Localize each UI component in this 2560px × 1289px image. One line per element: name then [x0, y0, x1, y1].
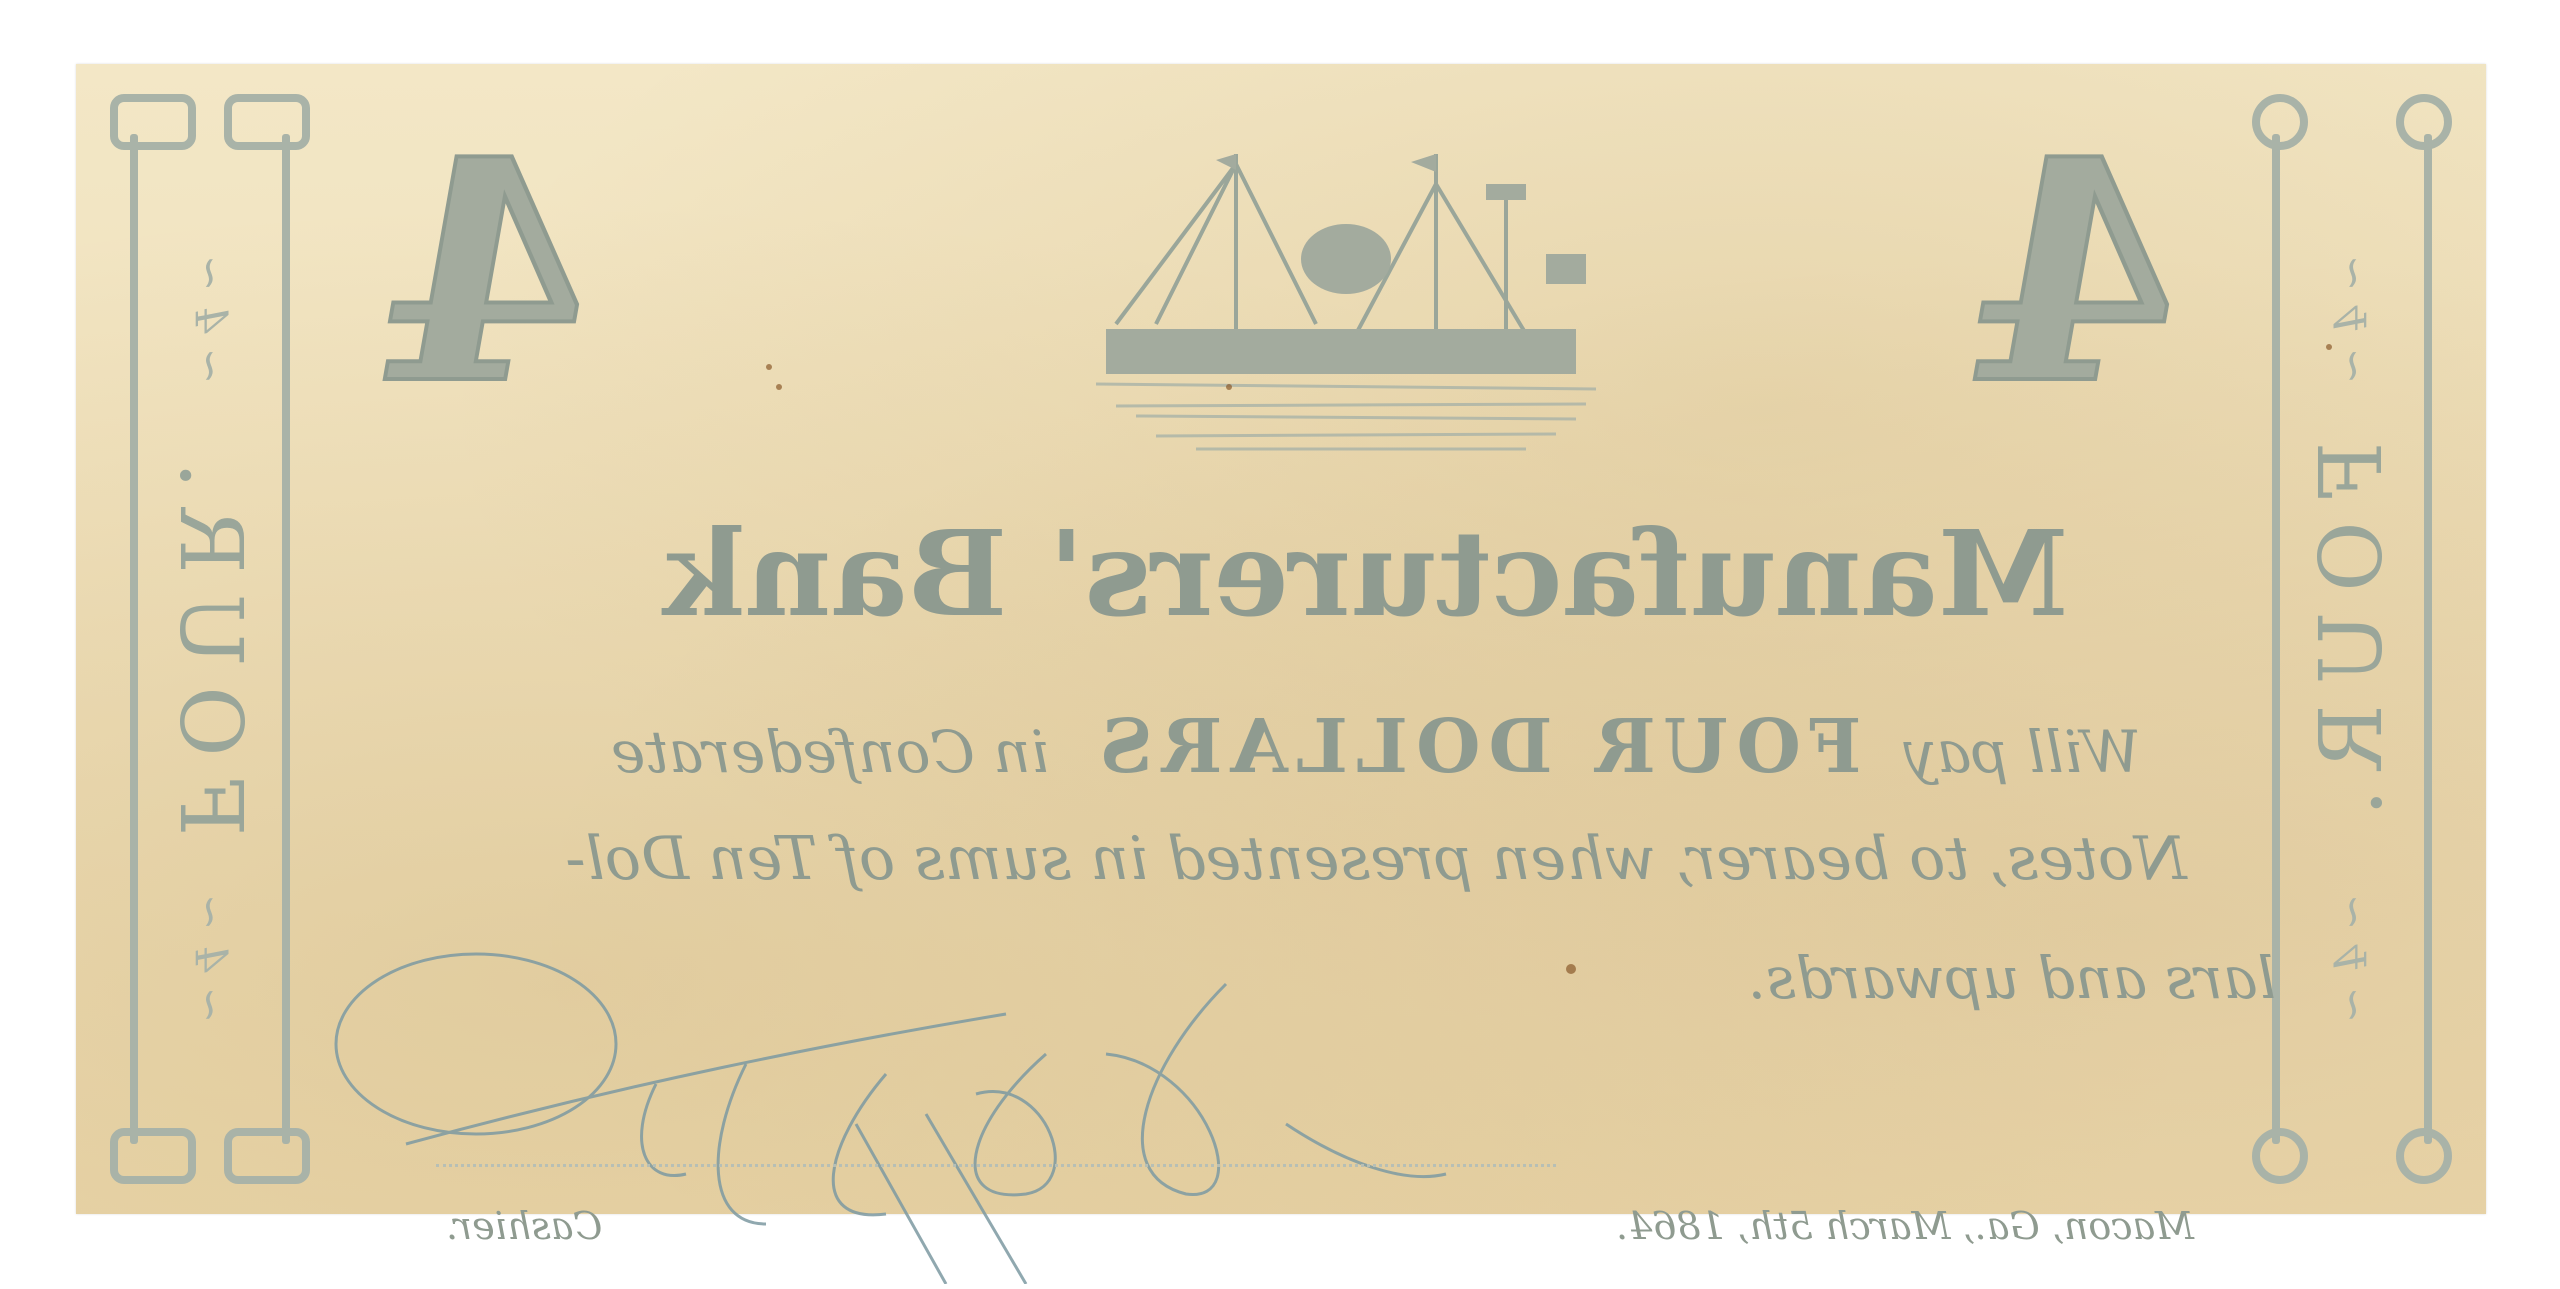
- banknote: ~ 4 ~ FOUR. ~ 4 ~ ~ 4 ~ FOUR. ~ 4 ~ 4 4: [76, 64, 2486, 1214]
- place-date: Macon, Ga., March 5th, 1864.: [1616, 1204, 2194, 1248]
- border-text-four: FOUR.: [160, 442, 260, 837]
- border-flourish: ~ 4 ~: [185, 255, 236, 385]
- amount-text: FOUR DOLLARS: [1092, 704, 1862, 790]
- border-text-four: FOUR.: [2302, 442, 2402, 837]
- cashier-label: Cashier.: [446, 1204, 602, 1248]
- border-cap-ornament: [224, 1128, 310, 1184]
- foxing-spot: [776, 384, 782, 390]
- foxing-spot: [1226, 384, 1232, 390]
- diamond-ornament-icon: [2384, 1116, 2463, 1195]
- foxing-spot: [2326, 344, 2332, 350]
- border-rule: [2424, 134, 2432, 1144]
- promise-line-1: Will pay FOUR DOLLARS in Confederate: [476, 704, 2276, 790]
- foxing-spot: [766, 364, 772, 370]
- left-border: ~ 4 ~ FOUR. ~ 4 ~: [100, 94, 320, 1184]
- foxing-spot: [1566, 964, 1576, 974]
- denomination-numeral-right: 4: [1950, 124, 2212, 424]
- diamond-ornament-icon: [2384, 82, 2463, 161]
- diamond-ornament-icon: [2240, 1116, 2319, 1195]
- border-cap-ornament: [224, 94, 310, 150]
- border-rule: [130, 134, 138, 1144]
- diamond-ornament-icon: [2240, 82, 2319, 161]
- border-flourish: ~ 4 ~: [2327, 255, 2378, 385]
- border-flourish: ~ 4 ~: [2327, 894, 2378, 1024]
- border-cap-ornament: [110, 94, 196, 150]
- steamship-vignette-icon: [1076, 144, 1616, 474]
- border-cap-ornament: [110, 1128, 196, 1184]
- signature-line: [436, 1164, 1556, 1167]
- right-border: ~ 4 ~ FOUR. ~ 4 ~: [2242, 94, 2462, 1184]
- denomination-numeral-left: 4: [360, 124, 622, 424]
- bank-name-title: Manufacturers' Bank: [616, 504, 2116, 643]
- border-flourish: ~ 4 ~: [185, 894, 236, 1024]
- border-rule: [282, 134, 290, 1144]
- promise-prefix: Will pay: [1904, 718, 2141, 786]
- promise-line-2: Notes, to bearer, when presented in sums…: [476, 824, 2276, 894]
- promise-suffix: in Confederate: [611, 718, 1049, 786]
